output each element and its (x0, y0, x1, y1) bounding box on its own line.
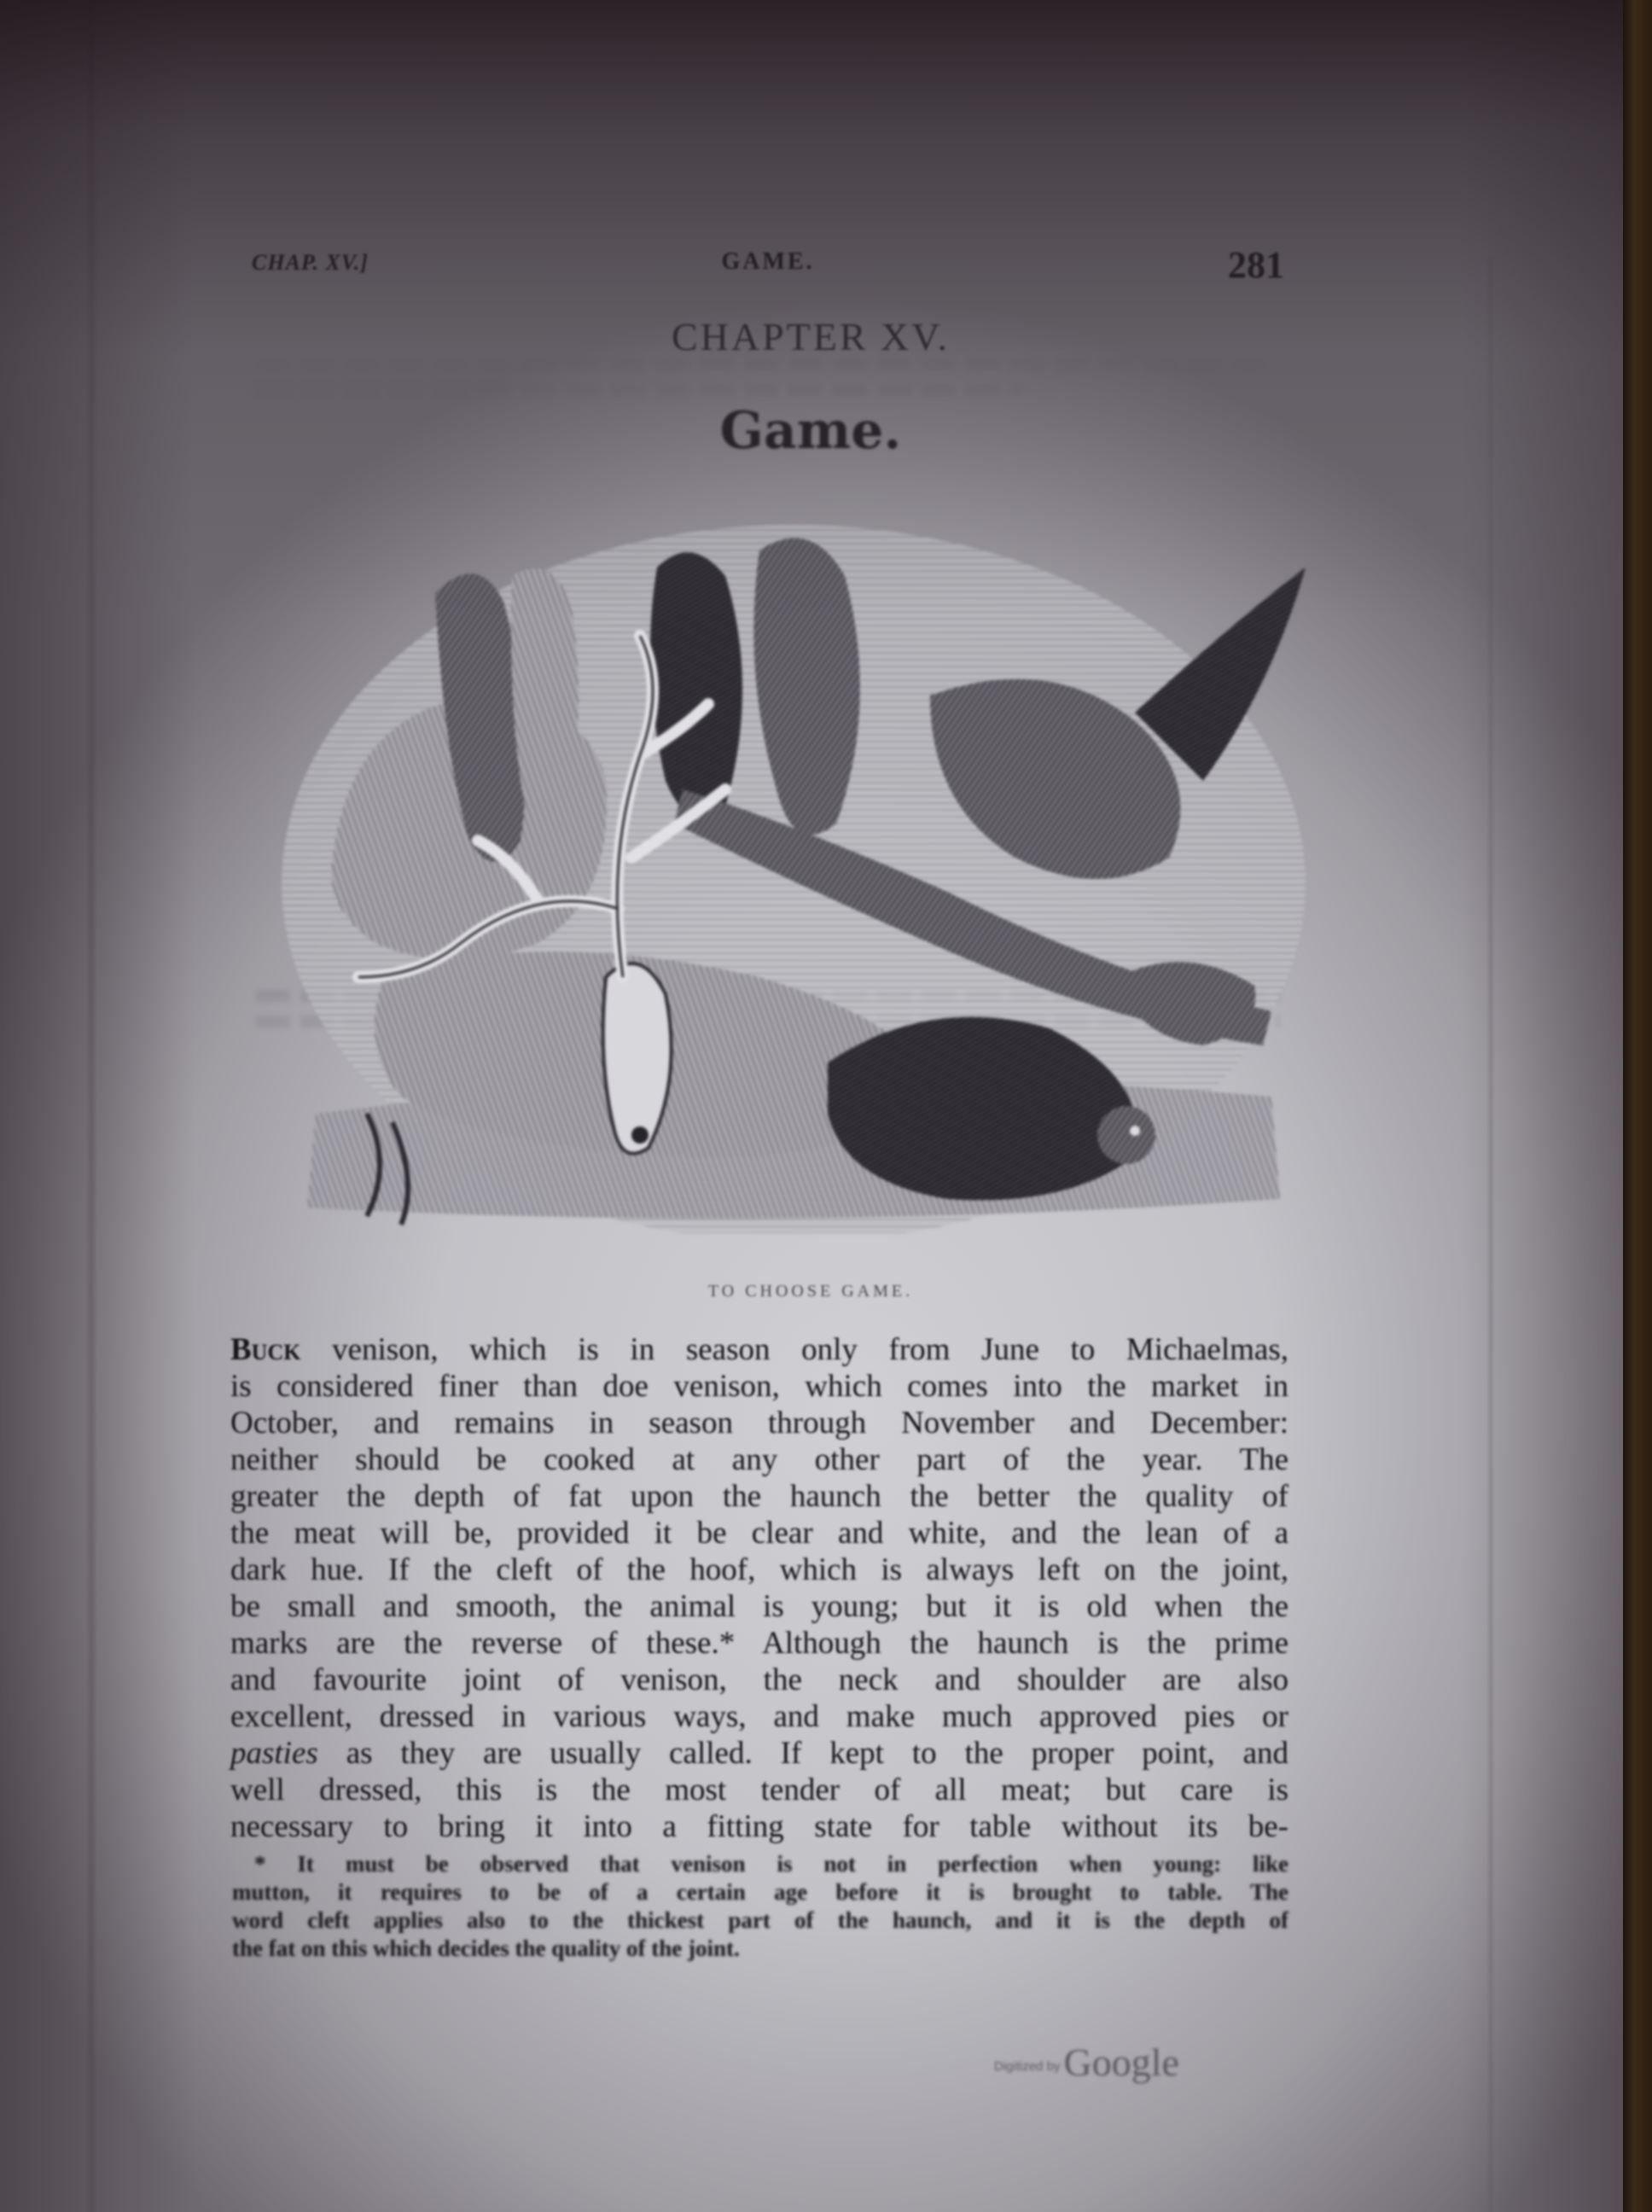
running-head-title: GAME. (252, 248, 1284, 276)
bleed-through-text (256, 358, 1280, 370)
body-line: Buck venison, which is in season only fr… (230, 1331, 1288, 1368)
body-line: greater the depth of fat upon the haunch… (230, 1478, 1288, 1515)
footnote-line: * It must be observed that venison is no… (232, 1850, 1288, 1878)
body-line: well dressed, this is the most tender of… (230, 1772, 1288, 1808)
body-line: neither should be cooked at any other pa… (230, 1441, 1288, 1478)
body-line: marks are the reverse of these.* Althoug… (230, 1625, 1288, 1662)
body-line: be small and smooth, the animal is young… (230, 1588, 1288, 1625)
table-surface (1623, 0, 1652, 2212)
section-title: Game. (0, 401, 1621, 461)
lead-word: Buck (230, 1332, 300, 1367)
page-number: 281 (1228, 243, 1284, 287)
body-line: the meat will be, provided it be clear a… (230, 1515, 1288, 1551)
body-line: is considered finer than doe venison, wh… (230, 1368, 1288, 1405)
watermark-prefix: Digitized by (994, 2059, 1061, 2074)
footnote-line: the fat on this which decides the qualit… (232, 1935, 1288, 1963)
bleed-through-text (256, 384, 1024, 396)
digitized-watermark: Digitized byGoogle (994, 2040, 1179, 2085)
footnote-line: mutton, it requires to be of a certain a… (232, 1878, 1288, 1906)
book-page: CHAP. XV.] GAME. 281 CHAPTER XV. Game. (0, 0, 1623, 2212)
body-line: pasties as they are usually called. If k… (230, 1735, 1288, 1772)
body-line: October, and remains in season through N… (230, 1405, 1288, 1441)
body-line: excellent, dressed in various ways, and … (230, 1698, 1288, 1735)
body-line: dark hue. If the cleft of the hoof, whic… (230, 1551, 1288, 1588)
game-engraving-illustration (282, 499, 1306, 1233)
page-edge-shadow (1486, 256, 1495, 2212)
italic-word: pasties (230, 1736, 318, 1771)
body-paragraph: Buck venison, which is in season only fr… (230, 1331, 1288, 1845)
engraving-icon (282, 499, 1306, 1233)
body-line: necessary to bring it into a fitting sta… (230, 1808, 1288, 1845)
running-head: CHAP. XV.] GAME. 281 (252, 243, 1284, 286)
google-logo: Google (1064, 2040, 1179, 2084)
body-line: and favourite joint of venison, the neck… (230, 1662, 1288, 1698)
illustration-caption: TO CHOOSE GAME. (0, 1282, 1621, 1301)
chapter-title: CHAPTER XV. (0, 314, 1621, 359)
footnote: * It must be observed that venison is no… (232, 1850, 1288, 1963)
footnote-line: word cleft applies also to the thickest … (232, 1906, 1288, 1935)
